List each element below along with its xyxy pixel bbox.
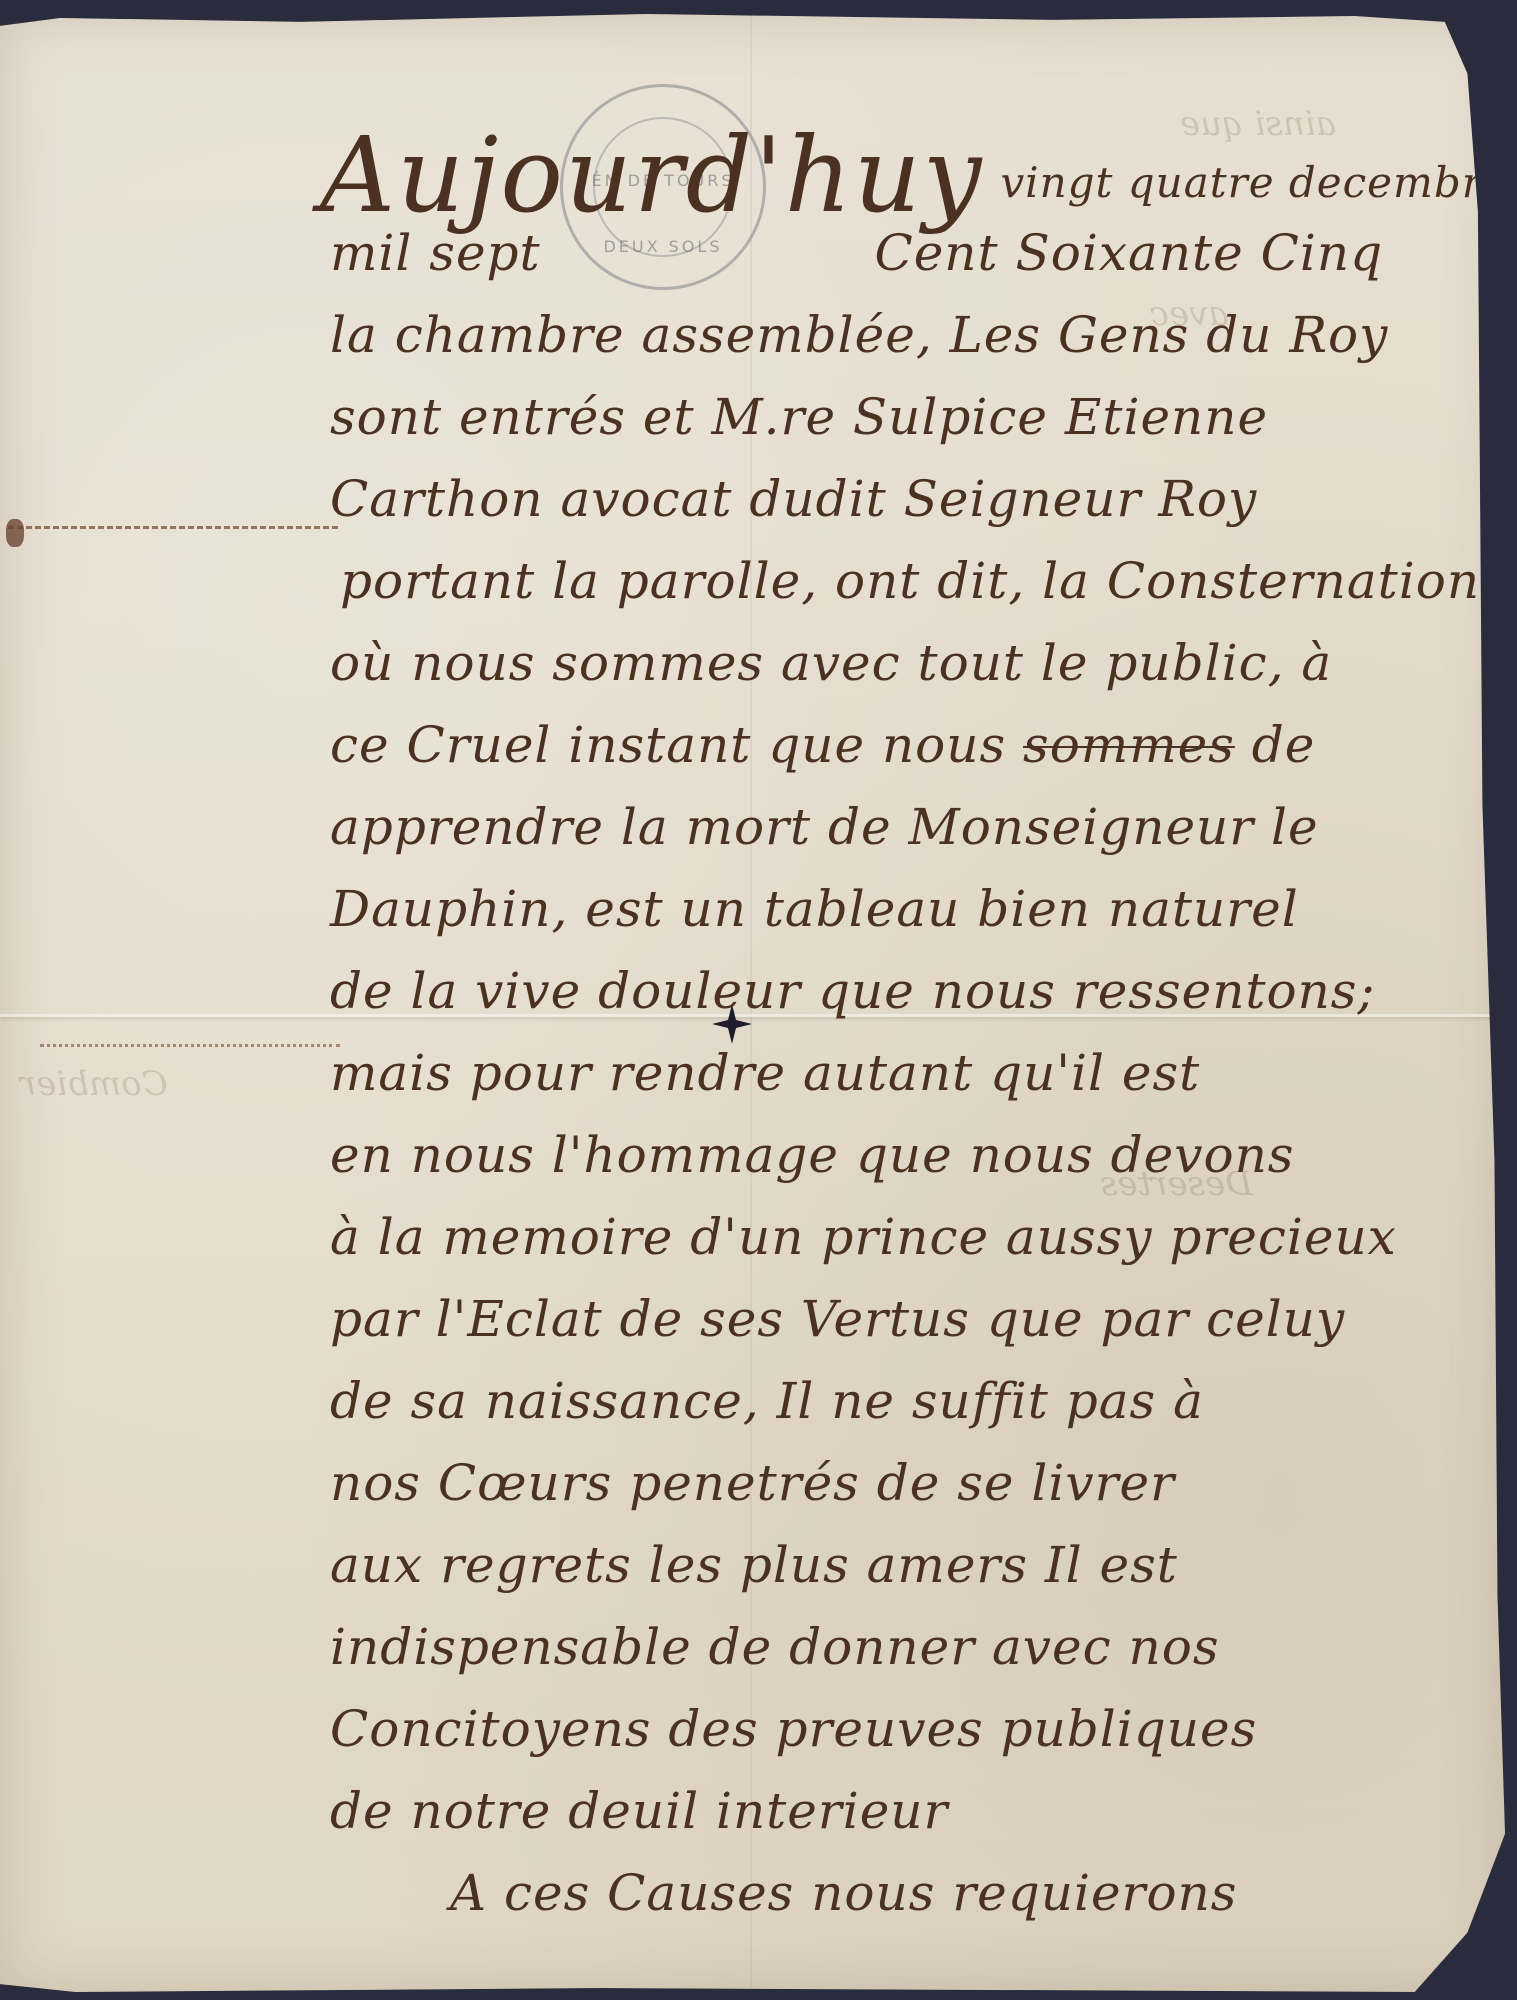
date-text: vingt quatre decembre	[1000, 158, 1508, 207]
manuscript-line: apprendre la mort de Monseigneur le	[330, 798, 1319, 856]
margin-mark	[40, 1044, 340, 1047]
manuscript-line-date: Aujourd'huy vingt quatre decembre	[320, 114, 1509, 236]
line-text: de	[1252, 716, 1316, 774]
manuscript-line: la chambre assemblée, Les Gens du Roy	[330, 306, 1388, 364]
opening-word: Aujourd'huy	[320, 114, 984, 236]
manuscript-line: à la memoire d'un prince aussy precieux	[330, 1208, 1397, 1266]
year-text-part2: Cent Soixante Cinq	[874, 224, 1383, 282]
manuscript-line-year: mil sept Cent Soixante Cinq	[330, 224, 1383, 282]
manuscript-line: ce Cruel instant que nous sommes de	[330, 716, 1315, 774]
manuscript-line: Concitoyens des preuves publiques	[330, 1700, 1257, 1758]
manuscript-line: de notre deuil interieur	[330, 1782, 948, 1840]
manuscript-line: de sa naissance, Il ne suffit pas à	[330, 1372, 1204, 1430]
manuscript-line: Carthon avocat dudit Seigneur Roy	[330, 470, 1257, 528]
manuscript-line: de la vive douleur que nous ressentons;	[330, 962, 1375, 1020]
margin-mark	[8, 526, 338, 535]
manuscript-line: sont entrés et M.re Sulpice Etienne	[330, 388, 1268, 446]
manuscript-line: Dauphin, est un tableau bien naturel	[330, 880, 1299, 938]
bleed-through-text: Combier	[20, 1064, 168, 1104]
line-text: ce Cruel instant que nous	[330, 716, 1006, 774]
manuscript-line: nos Cœurs penetrés de se livrer	[330, 1454, 1175, 1512]
manuscript-page: ainsi que avec Combier Desertes ÉN DE TO…	[0, 14, 1505, 1992]
manuscript-line: en nous l'hommage que nous devons	[330, 1126, 1294, 1184]
manuscript-line: par l'Eclat de ses Vertus que par celuy	[330, 1290, 1345, 1348]
struck-word: sommes	[1023, 716, 1235, 774]
manuscript-line: mais pour rendre autant qu'il est	[330, 1044, 1200, 1102]
manuscript-line-closing: A ces Causes nous requierons	[450, 1864, 1237, 1922]
year-text-part1: mil sept	[330, 224, 541, 282]
manuscript-line: portant la parolle, ont dit, la Constern…	[340, 552, 1480, 610]
manuscript-line: où nous sommes avec tout le public, à	[330, 634, 1332, 692]
manuscript-line: indispensable de donner avec nos	[330, 1618, 1220, 1676]
manuscript-line: aux regrets les plus amers Il est	[330, 1536, 1178, 1594]
